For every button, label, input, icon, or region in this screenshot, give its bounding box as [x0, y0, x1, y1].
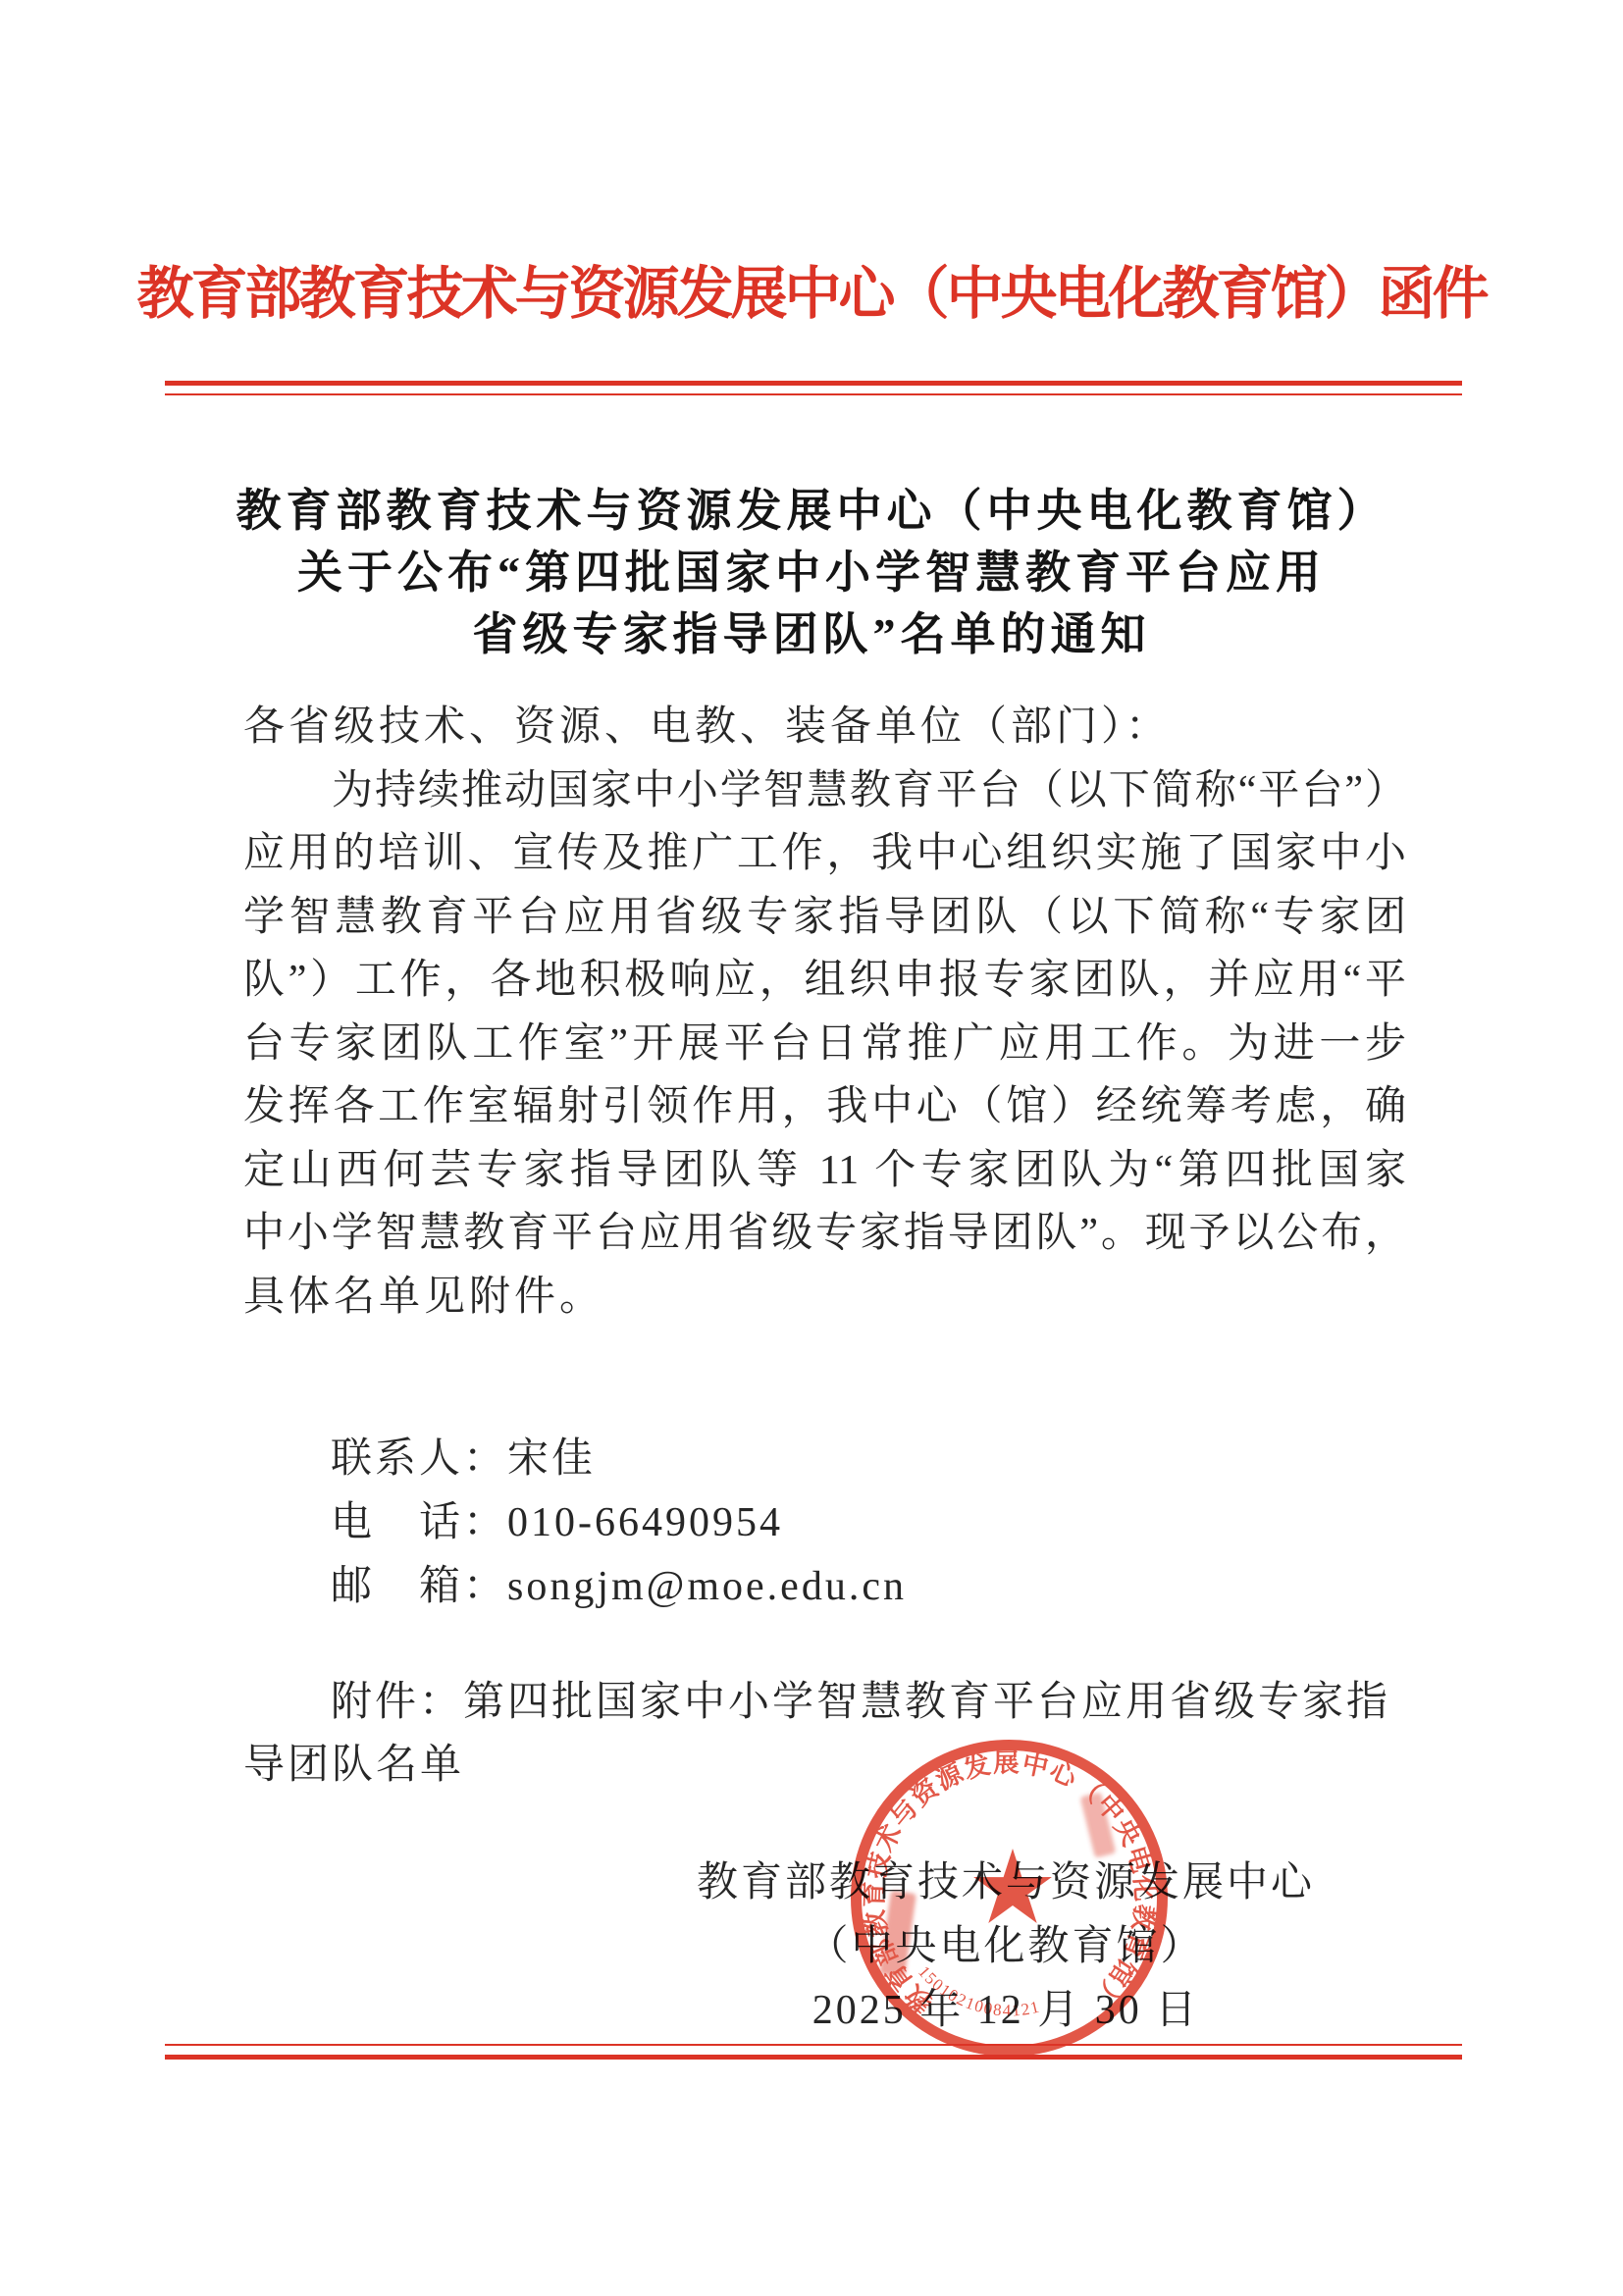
contact-email: 邮 箱：songjm@moe.edu.cn [331, 1555, 907, 1619]
attachment-line2: 导团队名单 [243, 1734, 1411, 1797]
attachment-note: 附件：第四批国家中小学智慧教育平台应用省级专家指 导团队名单 [243, 1671, 1411, 1797]
body-line: 发挥各工作室辐射引领作用，我中心（馆）经统筹考虑，确 [243, 1075, 1406, 1139]
body-line: 为持续推动国家中小学智慧教育平台（以下简称“平台”） [243, 759, 1406, 823]
document-title-line2: 关于公布“第四批国家中小学智慧教育平台应用 [0, 542, 1623, 603]
body-line: 队”）工作，各地积极响应，组织申报专家团队，并应用“平 [243, 949, 1406, 1013]
body-line: 台专家团队工作室”开展平台日常推广应用工作。为进一步 [243, 1013, 1406, 1076]
document-title-line1: 教育部教育技术与资源发展中心（中央电化教育馆） [0, 480, 1623, 542]
footer-rule-thin [165, 2044, 1462, 2046]
body-line: 具体名单见附件。 [243, 1266, 1406, 1330]
body-line: 定山西何芸专家指导团队等 11 个专家团队为“第四批国家 [243, 1139, 1406, 1203]
body-line: 应用的培训、宣传及推广工作，我中心组织实施了国家中小 [243, 822, 1406, 886]
seal-star-icon [973, 1849, 1052, 1923]
official-seal: 教育部教育技术与资源发展中心（中央电化教育馆） 15010210084121 [846, 1735, 1173, 2061]
contact-phone: 电 话：010-66490954 [331, 1491, 907, 1555]
document-title: 教育部教育技术与资源发展中心（中央电化教育馆） 关于公布“第四批国家中小学智慧教… [0, 480, 1623, 665]
official-letter-page: 教育部教育技术与资源发展中心（中央电化教育馆）函件 教育部教育技术与资源发展中心… [0, 0, 1623, 2296]
attachment-line1: 附件：第四批国家中小学智慧教育平台应用省级专家指 [243, 1671, 1411, 1734]
letterhead-rule-thin [165, 393, 1462, 395]
salutation-line: 各省级技术、资源、电教、装备单位（部门）： [243, 696, 1406, 759]
letterhead-title: 教育部教育技术与资源发展中心（中央电化教育馆）函件 [0, 247, 1623, 330]
body-line: 中小学智慧教育平台应用省级专家指导团队”。现予以公布， [243, 1202, 1406, 1266]
document-title-line3: 省级专家指导团队”名单的通知 [0, 603, 1623, 665]
body-line: 学智慧教育平台应用省级专家指导团队（以下简称“专家团 [243, 886, 1406, 950]
seal-serial-number: 15010210084121 [915, 1962, 1042, 2020]
contact-person: 联系人：宋佳 [331, 1428, 907, 1491]
footer-rule-thick [165, 2055, 1462, 2060]
body-text: 各省级技术、资源、电教、装备单位（部门）： 为持续推动国家中小学智慧教育平台（以… [243, 696, 1406, 1329]
contact-info: 联系人：宋佳 电 话：010-66490954 邮 箱：songjm@moe.e… [331, 1428, 907, 1619]
svg-text:15010210084121: 15010210084121 [915, 1962, 1042, 2020]
letterhead-rule-thick [165, 381, 1462, 386]
